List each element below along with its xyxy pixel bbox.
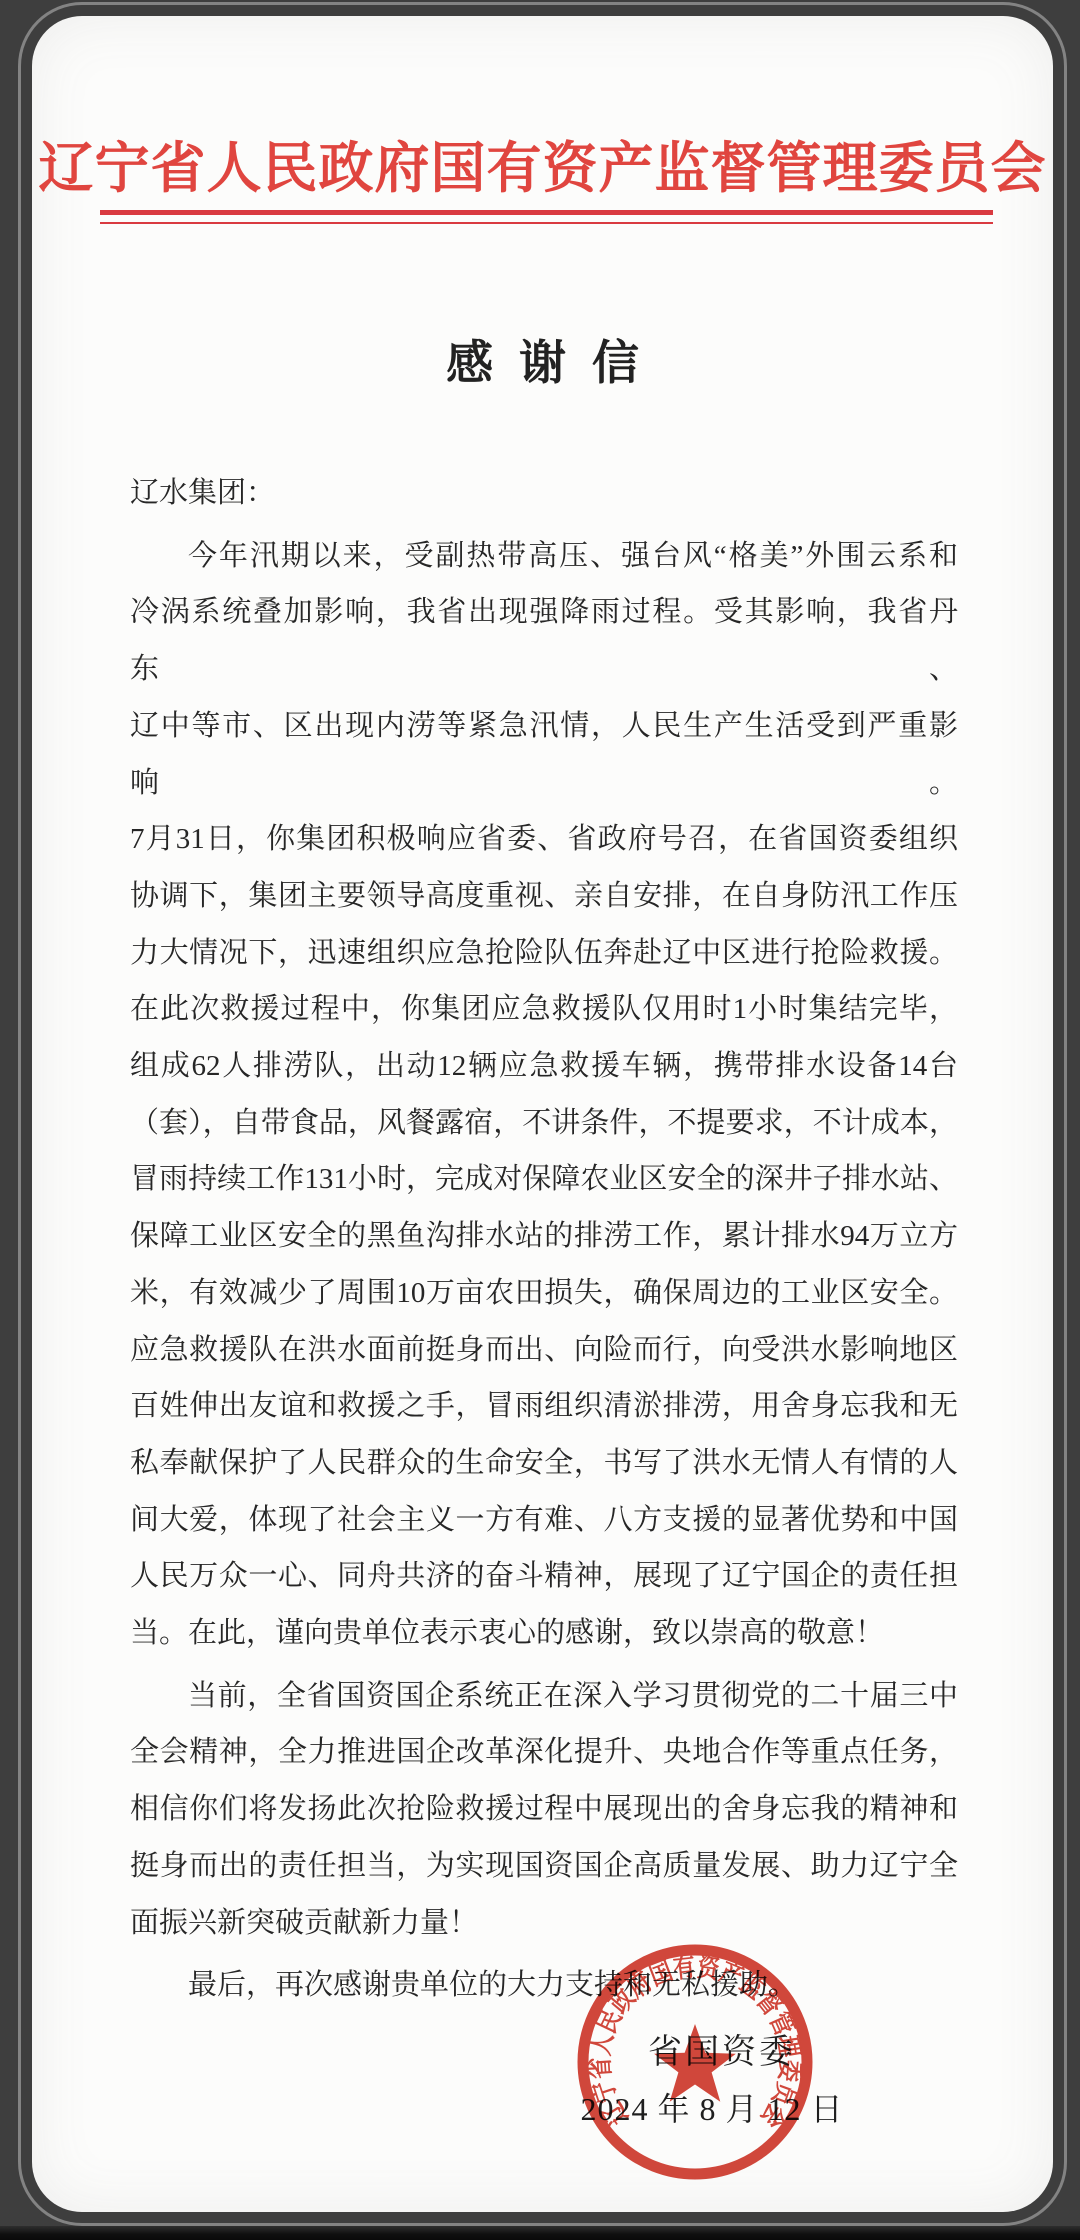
body-line: 今年汛期以来，受副热带高压、强台风“格美”外围云系和 <box>130 528 958 585</box>
body-line: 最后，再次感谢贵单位的大力支持和无私援助。 <box>130 1957 958 2014</box>
body-line: 辽中等市、区出现内涝等紧急汛情，人民生产生活受到严重影响。 <box>130 698 958 811</box>
signature-org: 省国资委 <box>552 2024 892 2073</box>
body-line: 当。在此，谨向贵单位表示衷心的感谢，致以崇高的敬意！ <box>130 1605 958 1662</box>
body-paragraph: 最后，再次感谢贵单位的大力支持和无私援助。 <box>130 1957 958 2014</box>
frame-bottom-bar <box>0 2226 1080 2240</box>
body-line: 冷涡系统叠加影响，我省出现强降雨过程。受其影响，我省丹东、 <box>130 584 958 697</box>
body-line: 百姓伸出友谊和救援之手，冒雨组织清淤排涝，用舍身忘我和无 <box>130 1378 958 1435</box>
body-paragraph: 当前，全省国资国企系统正在深入学习贯彻党的二十届三中全会精神，全力推进国企改革深… <box>130 1668 958 1952</box>
letter-body: 今年汛期以来，受副热带高压、强台风“格美”外围云系和冷涡系统叠加影响，我省出现强… <box>130 528 958 2014</box>
body-line: 保障工业区安全的黑鱼沟排水站的排涝工作，累计排水94万立方 <box>130 1208 958 1265</box>
body-line: 私奉献保护了人民群众的生命安全，书写了洪水无情人有情的人 <box>130 1435 958 1492</box>
letter: 辽宁省人民政府国有资产监督管理委员会 感谢信 辽水集团： 今年汛期以来，受副热带… <box>32 16 1053 2212</box>
signature-date: 2024 年 8 月 12 日 <box>512 2084 912 2130</box>
body-line: 冒雨持续工作131小时，完成对保障农业区安全的深井子排水站、 <box>130 1151 958 1208</box>
body-line: 7月31日，你集团积极响应省委、省政府号召，在省国资委组织 <box>130 811 958 868</box>
body-line: （套），自带食品，风餐露宿，不讲条件，不提要求，不计成本， <box>130 1095 958 1152</box>
body-line: 相信你们将发扬此次抢险救援过程中展现出的舍身忘我的精神和 <box>130 1781 958 1838</box>
letter-title: 感谢信 <box>32 326 1053 393</box>
letterhead-rule-thin <box>100 222 993 224</box>
body-line: 组成62人排涝队，出动12辆应急救援车辆，携带排水设备14台 <box>130 1038 958 1095</box>
body-line: 当前，全省国资国企系统正在深入学习贯彻党的二十届三中 <box>130 1668 958 1725</box>
body-line: 间大爱，体现了社会主义一方有难、八方支援的显著优势和中国 <box>130 1492 958 1549</box>
body-line: 在此次救援过程中，你集团应急救援队仅用时1小时集结完毕， <box>130 981 958 1038</box>
body-paragraph: 今年汛期以来，受副热带高压、强台风“格美”外围云系和冷涡系统叠加影响，我省出现强… <box>130 528 958 1662</box>
letter-paper: 辽宁省人民政府国有资产监督管理委员会 感谢信 辽水集团： 今年汛期以来，受副热带… <box>32 16 1053 2212</box>
salutation: 辽水集团： <box>130 465 958 522</box>
body-line: 协调下，集团主要领导高度重视、亲自安排，在自身防汛工作压 <box>130 868 958 925</box>
letterhead-org-name: 辽宁省人民政府国有资产监督管理委员会 <box>32 124 1053 203</box>
body-line: 米，有效减少了周围10万亩农田损失，确保周边的工业区安全。 <box>130 1265 958 1322</box>
body-line: 人民万众一心、同舟共济的奋斗精神，展现了辽宁国企的责任担 <box>130 1548 958 1605</box>
body-line: 挺身而出的责任担当，为实现国资国企高质量发展、助力辽宁全 <box>130 1838 958 1895</box>
letterhead-rule-thick <box>100 210 993 215</box>
page-background: { "letterhead": { "org_name": "辽宁省人民政府国有… <box>0 0 1080 2240</box>
letter-content: 辽水集团： 今年汛期以来，受副热带高压、强台风“格美”外围云系和冷涡系统叠加影响… <box>130 465 958 2014</box>
body-line: 面振兴新突破贡献新力量！ <box>130 1895 958 1952</box>
body-line: 全会精神，全力推进国企改革深化提升、央地合作等重点任务， <box>130 1724 958 1781</box>
body-line: 力大情况下，迅速组织应急抢险队伍奔赴辽中区进行抢险救援。 <box>130 925 958 982</box>
body-line: 应急救援队在洪水面前挺身而出、向险而行，向受洪水影响地区 <box>130 1322 958 1379</box>
